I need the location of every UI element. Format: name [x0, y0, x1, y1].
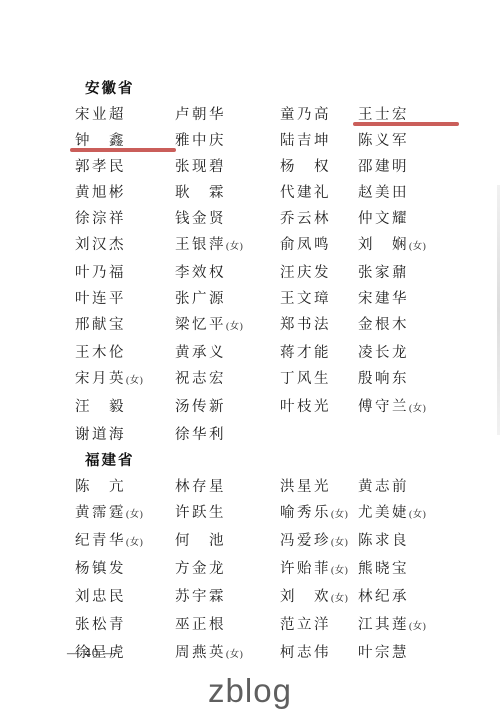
name-row: 邢献宝梁忆平(女)郑书法金根木: [0, 312, 500, 340]
person-name: 洪星光: [280, 474, 358, 500]
section-title: 福建省: [0, 448, 500, 474]
name-row: 张松青巫正根范立洋江其莲(女): [0, 612, 500, 640]
person-name: 耿 霖: [175, 180, 280, 206]
person-name: 林存星: [175, 474, 280, 500]
person-name: 许贻菲(女): [280, 556, 358, 584]
person-name: 殷响东: [358, 366, 500, 394]
person-name: 纪青华(女): [75, 528, 175, 556]
empty-cell: [280, 422, 358, 448]
person-name: 卢朝华: [175, 102, 280, 128]
person-name: 巫正根: [175, 612, 280, 640]
name-row: 陈 亢林存星洪星光黄志前: [0, 474, 500, 500]
person-name: 钱金贤: [175, 206, 280, 232]
person-name: 江其莲(女): [358, 612, 500, 640]
person-name: 叶连平: [75, 286, 175, 312]
person-name: 方金龙: [175, 556, 280, 584]
person-name: 钟 鑫: [75, 128, 175, 154]
person-name: 刘汉杰: [75, 232, 175, 260]
person-name: 杨镇发: [75, 556, 175, 584]
name-row: 刘忠民苏宇霖刘 欢(女)林纪承: [0, 584, 500, 612]
name-row: 郭孝民张现碧杨 权邵建明: [0, 154, 500, 180]
person-name: 徐淙祥: [75, 206, 175, 232]
person-name: 乔云林: [280, 206, 358, 232]
person-name: 丁风生: [280, 366, 358, 394]
name-row: 汪 毅汤传新叶枝光傅守兰(女): [0, 394, 500, 422]
person-name: 叶宗慧: [358, 640, 500, 668]
person-name: 冯爱珍(女): [280, 528, 358, 556]
person-name: 杨 权: [280, 154, 358, 180]
person-name: 雅中庆: [175, 128, 280, 154]
person-name: 俞凤鸣: [280, 232, 358, 260]
person-name: 郭孝民: [75, 154, 175, 180]
person-name: 李效权: [175, 260, 280, 286]
person-name: 陈义军: [358, 128, 500, 154]
person-name: 郑书法: [280, 312, 358, 340]
person-name: 尤美婕(女): [358, 500, 500, 528]
person-name: 宋建华: [358, 286, 500, 312]
name-row: 黄霈霆(女)许跃生喻秀乐(女)尤美婕(女): [0, 500, 500, 528]
person-name: 仲文耀: [358, 206, 500, 232]
person-name: 宋业超: [75, 102, 175, 128]
person-name: 苏宇霖: [175, 584, 280, 612]
name-row: 谢道海徐华利: [0, 422, 500, 448]
person-name: 王银萍(女): [175, 232, 280, 260]
female-marker: (女): [409, 404, 426, 414]
person-name: 陆吉坤: [280, 128, 358, 154]
person-name: 金根木: [358, 312, 500, 340]
female-marker: (女): [226, 322, 243, 332]
person-name: 叶乃福: [75, 260, 175, 286]
female-marker: (女): [409, 242, 426, 252]
name-row: 钟 鑫雅中庆陆吉坤陈义军: [0, 128, 500, 154]
person-name: 傅守兰(女): [358, 394, 500, 422]
person-name: 黄志前: [358, 474, 500, 500]
female-marker: (女): [409, 510, 426, 520]
name-row: 宋月英(女)祝志宏丁风生殷响东: [0, 366, 500, 394]
female-marker: (女): [226, 242, 243, 252]
name-row: 叶连平张广源王文璋宋建华: [0, 286, 500, 312]
person-name: 梁忆平(女): [175, 312, 280, 340]
person-name: 许跃生: [175, 500, 280, 528]
name-list: 安徽省宋业超卢朝华童乃高王士宏钟 鑫雅中庆陆吉坤陈义军郭孝民张现碧杨 权邵建明黄…: [0, 76, 500, 668]
person-name: 熊晓宝: [358, 556, 500, 584]
person-name: 范立洋: [280, 612, 358, 640]
person-name: 汪 毅: [75, 394, 175, 422]
person-name: 王木伦: [75, 340, 175, 366]
person-name: 谢道海: [75, 422, 175, 448]
female-marker: (女): [226, 650, 243, 660]
person-name: 林纪承: [358, 584, 500, 612]
female-marker: (女): [331, 510, 348, 520]
person-name: 祝志宏: [175, 366, 280, 394]
person-name: 王士宏: [358, 102, 500, 128]
person-name: 黄承义: [175, 340, 280, 366]
person-name: 徐华利: [175, 422, 280, 448]
person-name: 王文璋: [280, 286, 358, 312]
name-row: 刘汉杰王银萍(女)俞凤鸣刘 娴(女): [0, 232, 500, 260]
name-row: 徐淙祥钱金贤乔云林仲文耀: [0, 206, 500, 232]
empty-cell: [358, 422, 500, 448]
person-name: 喻秀乐(女): [280, 500, 358, 528]
person-name: 汤传新: [175, 394, 280, 422]
name-row: 杨镇发方金龙许贻菲(女)熊晓宝: [0, 556, 500, 584]
person-name: 童乃高: [280, 102, 358, 128]
person-name: 汪庆发: [280, 260, 358, 286]
female-marker: (女): [126, 376, 143, 386]
person-name: 陈 亢: [75, 474, 175, 500]
person-name: 凌长龙: [358, 340, 500, 366]
female-marker: (女): [331, 538, 348, 548]
person-name: 何 池: [175, 528, 280, 556]
person-name: 代建礼: [280, 180, 358, 206]
person-name: 宋月英(女): [75, 366, 175, 394]
person-name: 邵建明: [358, 154, 500, 180]
person-name: 黄霈霆(女): [75, 500, 175, 528]
name-row: 宋业超卢朝华童乃高王士宏: [0, 102, 500, 128]
person-name: 周燕英(女): [175, 640, 280, 668]
person-name: 叶枝光: [280, 394, 358, 422]
name-row: 王木伦黄承义蒋才能凌长龙: [0, 340, 500, 366]
person-name: 赵美田: [358, 180, 500, 206]
person-name: 黄旭彬: [75, 180, 175, 206]
female-marker: (女): [126, 538, 143, 548]
person-name: 张现碧: [175, 154, 280, 180]
person-name: 刘 欢(女): [280, 584, 358, 612]
page-number: — 40 —: [67, 646, 117, 661]
section-title: 安徽省: [0, 76, 500, 102]
female-marker: (女): [126, 510, 143, 520]
female-marker: (女): [331, 594, 348, 604]
person-name: 柯志伟: [280, 640, 358, 668]
person-name: 邢献宝: [75, 312, 175, 340]
person-name: 蒋才能: [280, 340, 358, 366]
document-page: 安徽省宋业超卢朝华童乃高王士宏钟 鑫雅中庆陆吉坤陈义军郭孝民张现碧杨 权邵建明黄…: [0, 0, 500, 714]
name-row: 叶乃福李效权汪庆发张家鼐: [0, 260, 500, 286]
person-name: 陈求良: [358, 528, 500, 556]
female-marker: (女): [331, 566, 348, 576]
person-name: 刘忠民: [75, 584, 175, 612]
watermark-zblog: zblog: [0, 672, 500, 710]
name-row: 纪青华(女)何 池冯爱珍(女)陈求良: [0, 528, 500, 556]
person-name: 张广源: [175, 286, 280, 312]
person-name: 刘 娴(女): [358, 232, 500, 260]
person-name: 张家鼐: [358, 260, 500, 286]
name-row: 黄旭彬耿 霖代建礼赵美田: [0, 180, 500, 206]
female-marker: (女): [409, 622, 426, 632]
person-name: 张松青: [75, 612, 175, 640]
